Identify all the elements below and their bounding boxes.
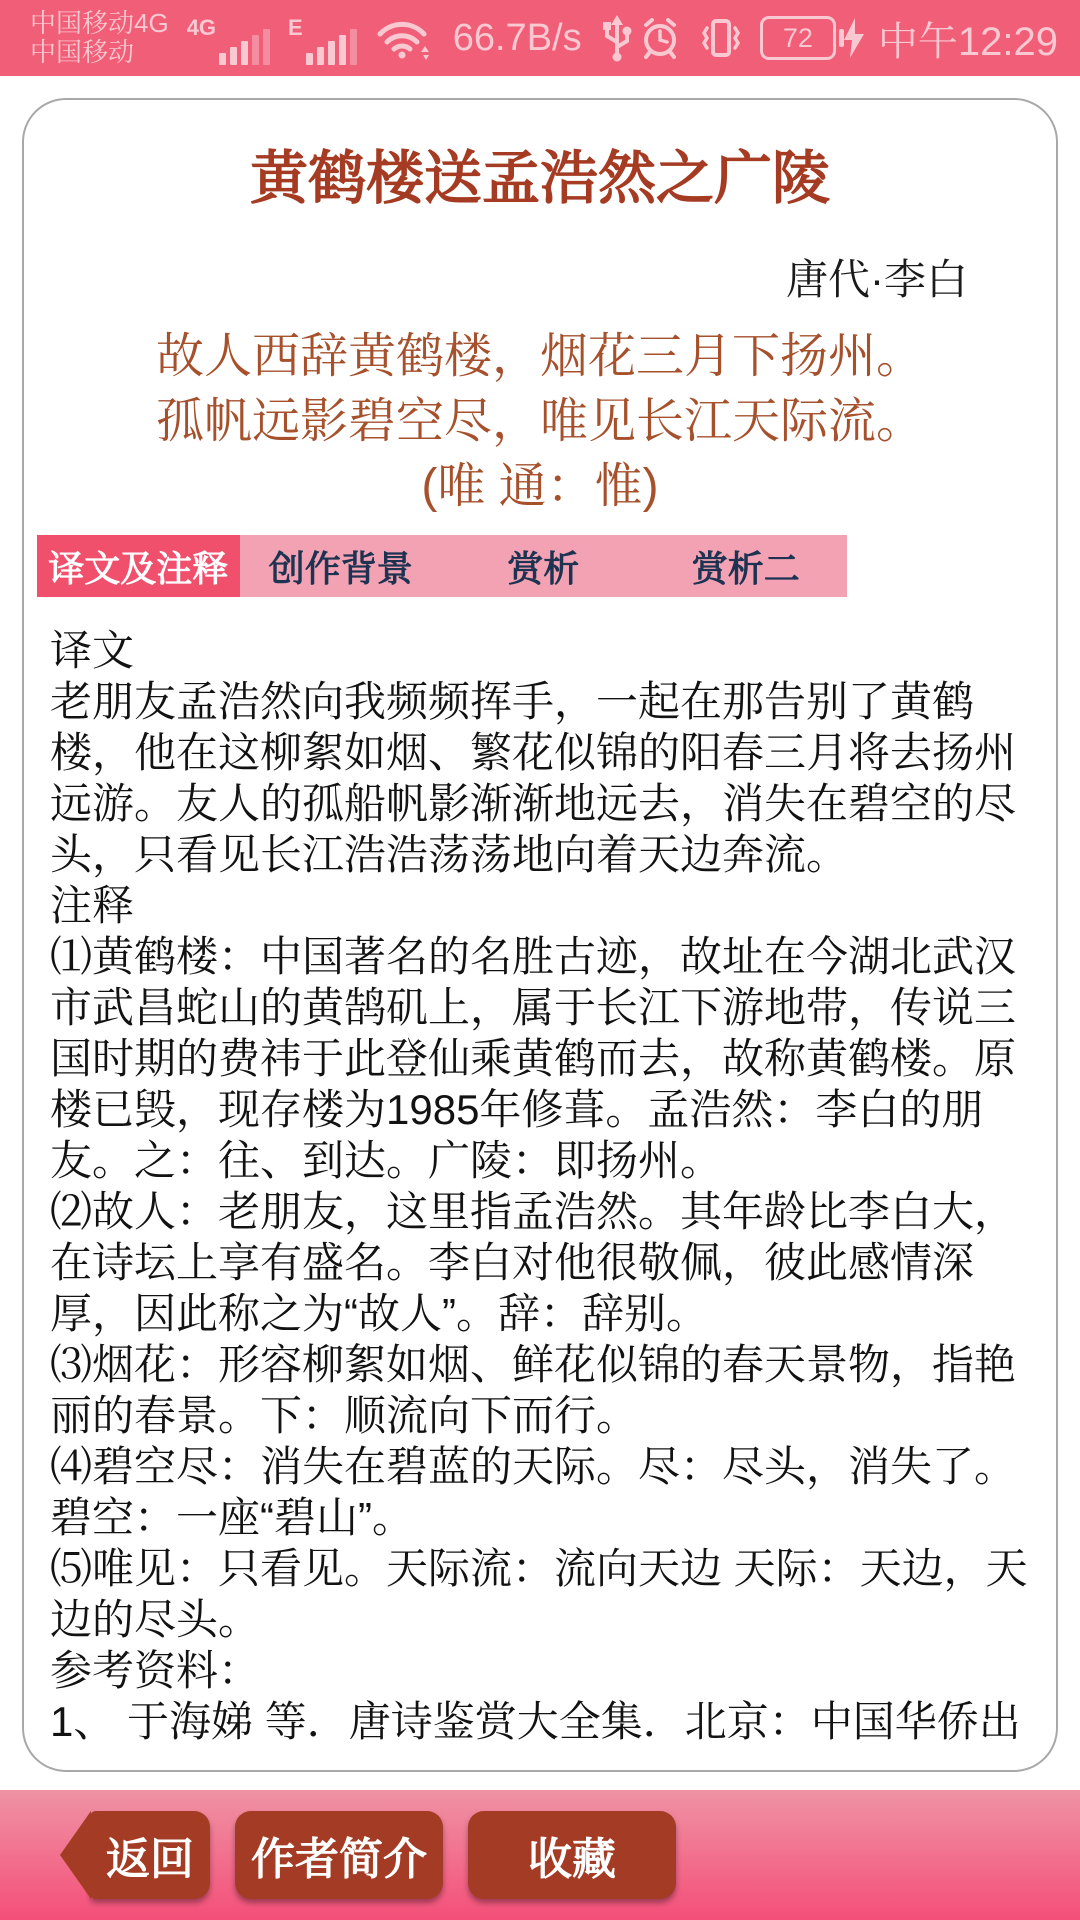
status-bar: 中国移动4G 中国移动 4G E bbox=[0, 0, 1080, 76]
status-bar-left: 中国移动4G 中国移动 4G E bbox=[30, 9, 634, 67]
favorite-button[interactable]: 收藏 bbox=[468, 1811, 676, 1899]
tab-content-scroll-area[interactable]: 译文 老朋友孟浩然向我频频挥手，一起在那告别了黄鹤楼，他在这柳絮如烟、繁花似锦的… bbox=[50, 625, 1032, 1747]
charging-icon bbox=[844, 18, 864, 58]
tab-creation-background[interactable]: 创作背景 bbox=[240, 535, 443, 597]
carrier-line2: 中国移动 bbox=[30, 38, 169, 67]
poem-card: 黄鹤楼送孟浩然之广陵 唐代·李白 故人西辞黄鹤楼，烟花三月下扬州。 孤帆远影碧空… bbox=[22, 98, 1058, 1772]
author-intro-button[interactable]: 作者简介 bbox=[235, 1811, 443, 1899]
poem-body: 故人西辞黄鹤楼，烟花三月下扬州。 孤帆远影碧空尽，唯见长江天际流。 (唯 通：惟… bbox=[24, 324, 1056, 519]
note-item: ⑴黄鹤楼：中国著名的名胜古迹，故址在今湖北武汉市武昌蛇山的黄鹄矶上，属于长江下游… bbox=[50, 931, 1032, 1186]
tab-appreciation[interactable]: 赏析 bbox=[442, 535, 645, 597]
poem-variant-note: (唯 通：惟) bbox=[24, 454, 1056, 519]
tab-translation-notes[interactable]: 译文及注释 bbox=[37, 535, 240, 597]
note-item: ⑸唯见：只看见。天际流：流向天边 天际：天边，天边的尽头。 bbox=[50, 1543, 1032, 1645]
vibrate-icon bbox=[696, 16, 746, 60]
poem-line: 故人西辞黄鹤楼，烟花三月下扬州。 bbox=[24, 324, 1056, 389]
battery-indicator: 72 bbox=[760, 16, 864, 60]
bottom-bar: 返回 作者简介 收藏 bbox=[0, 1790, 1080, 1920]
tab-appreciation-2[interactable]: 赏析二 bbox=[645, 535, 848, 597]
reference-item: 1、 于海娣 等．唐诗鉴赏大全集．北京：中国华侨出 bbox=[50, 1696, 1032, 1747]
wifi-icon bbox=[375, 16, 435, 60]
tab-bar: 译文及注释 创作背景 赏析 赏析二 bbox=[37, 535, 847, 597]
translation-heading: 译文 bbox=[50, 625, 1032, 676]
network-speed: 66.7B/s bbox=[453, 17, 582, 60]
signal-4g-label: 4G bbox=[187, 15, 216, 41]
notes-heading: 注释 bbox=[50, 880, 1032, 931]
note-item: ⑷碧空尽：消失在碧蓝的天际。尽：尽头，消失了。碧空：一座“碧山”。 bbox=[50, 1441, 1032, 1543]
carrier-line1: 中国移动4G bbox=[30, 9, 169, 38]
status-time: 中午12:29 bbox=[878, 10, 1058, 67]
translation-text: 老朋友孟浩然向我频频挥手，一起在那告别了黄鹤楼，他在这柳絮如烟、繁花似锦的阳春三… bbox=[50, 676, 1032, 880]
battery-percent: 72 bbox=[760, 16, 836, 60]
poem-author: 唐代·李白 bbox=[24, 254, 1056, 306]
carrier-text: 中国移动4G 中国移动 bbox=[30, 9, 169, 67]
signal-strength-e-icon: E bbox=[288, 11, 357, 65]
status-bar-right: 72 中午12:29 bbox=[638, 10, 1058, 67]
back-button[interactable]: 返回 bbox=[90, 1811, 210, 1899]
alarm-icon bbox=[638, 16, 682, 60]
note-item: ⑵故人：老朋友，这里指孟浩然。其年龄比李白大，在诗坛上享有盛名。李白对他很敬佩，… bbox=[50, 1186, 1032, 1339]
signal-strength-4g-icon: 4G bbox=[187, 11, 270, 65]
poem-title: 黄鹤楼送孟浩然之广陵 bbox=[24, 144, 1056, 214]
note-item: ⑶烟花：形容柳絮如烟、鲜花似锦的春天景物，指艳丽的春景。下：顺流向下而行。 bbox=[50, 1339, 1032, 1441]
poem-line: 孤帆远影碧空尽，唯见长江天际流。 bbox=[24, 389, 1056, 454]
signal-e-label: E bbox=[288, 15, 303, 41]
references-heading: 参考资料： bbox=[50, 1645, 1032, 1696]
usb-icon bbox=[600, 14, 634, 62]
screen: 中国移动4G 中国移动 4G E bbox=[0, 0, 1080, 1920]
